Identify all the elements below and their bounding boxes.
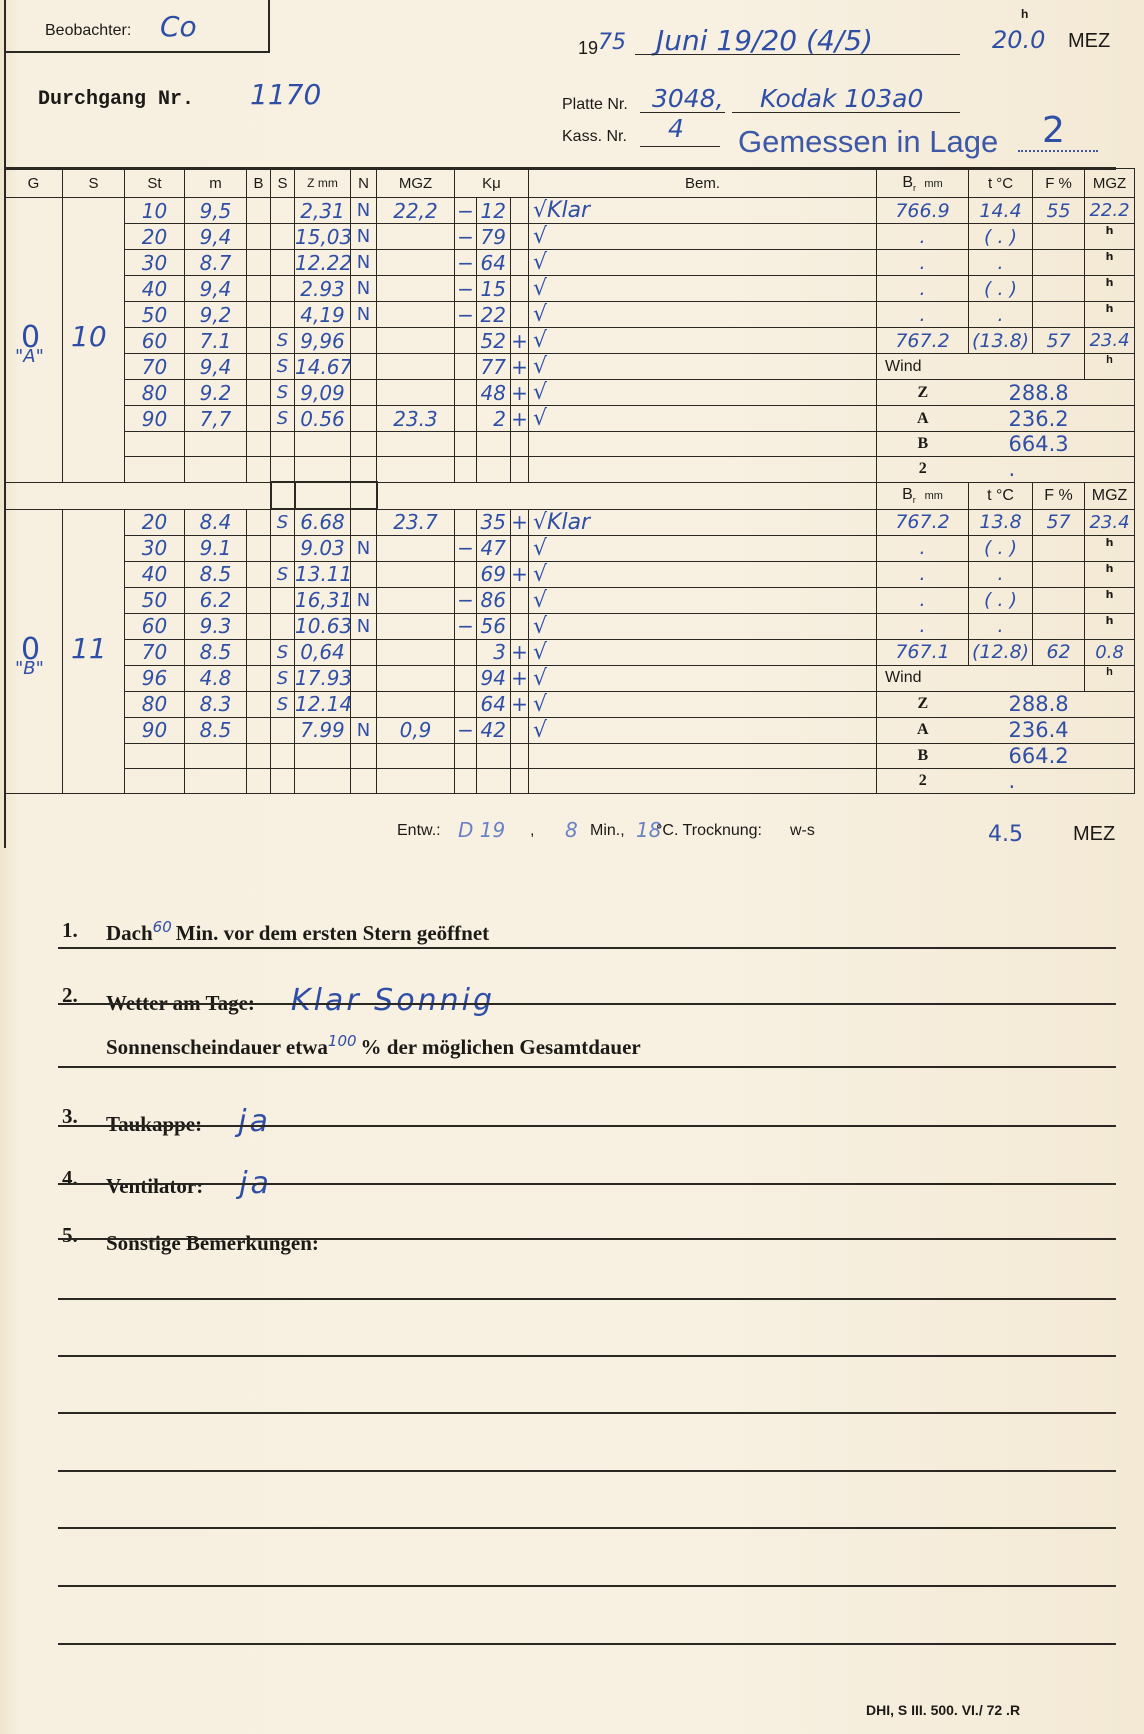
- k-value-cell[interactable]: [477, 432, 511, 457]
- n-cell[interactable]: [351, 457, 377, 483]
- mgz-cell[interactable]: [377, 250, 455, 276]
- remark-cell[interactable]: √: [529, 224, 877, 250]
- star-cell[interactable]: 80: [125, 691, 185, 717]
- temperature-cell[interactable]: .: [969, 250, 1033, 276]
- reading-value[interactable]: 236.4: [969, 717, 1135, 743]
- mgz-cell[interactable]: 23.7: [377, 509, 455, 535]
- k-sign-cell[interactable]: [455, 665, 477, 691]
- n-cell[interactable]: [351, 639, 377, 665]
- k-sign-cell[interactable]: [455, 457, 477, 483]
- remark-cell[interactable]: √: [529, 639, 877, 665]
- k-sign-cell[interactable]: [455, 509, 477, 535]
- k-plus-cell[interactable]: [511, 276, 529, 302]
- s-cell[interactable]: S: [271, 665, 295, 691]
- pressure-cell[interactable]: .: [877, 224, 969, 250]
- b-cell[interactable]: [247, 198, 271, 224]
- temperature-cell[interactable]: (12.8): [969, 639, 1033, 665]
- k-plus-cell[interactable]: +: [511, 691, 529, 717]
- mgz-cell[interactable]: [377, 768, 455, 793]
- s-cell[interactable]: S: [271, 691, 295, 717]
- k-plus-cell[interactable]: [511, 432, 529, 457]
- k-plus-cell[interactable]: [511, 535, 529, 561]
- mgz-cell[interactable]: [377, 691, 455, 717]
- z-cell[interactable]: 9.03: [295, 535, 351, 561]
- cassette-value[interactable]: 4: [668, 114, 684, 143]
- observer-value[interactable]: Co: [160, 10, 197, 43]
- k-value-cell[interactable]: 79: [477, 224, 511, 250]
- z-cell[interactable]: 0.56: [295, 406, 351, 432]
- reading-value[interactable]: .: [969, 457, 1135, 483]
- n-cell[interactable]: [351, 380, 377, 406]
- k-sign-cell[interactable]: [455, 768, 477, 793]
- k-sign-cell[interactable]: [455, 743, 477, 768]
- humidity-cell[interactable]: [1033, 302, 1085, 328]
- s-cell[interactable]: [271, 224, 295, 250]
- k-sign-cell[interactable]: −: [455, 224, 477, 250]
- magnitude-cell[interactable]: 8.5: [185, 561, 247, 587]
- k-value-cell[interactable]: 64: [477, 691, 511, 717]
- star-cell[interactable]: 80: [125, 380, 185, 406]
- n-cell[interactable]: [351, 743, 377, 768]
- b-cell[interactable]: [247, 302, 271, 328]
- k-value-cell[interactable]: 64: [477, 250, 511, 276]
- remark-cell[interactable]: √: [529, 613, 877, 639]
- temperature-cell[interactable]: .: [969, 561, 1033, 587]
- pressure-cell[interactable]: .: [877, 561, 969, 587]
- s-cell[interactable]: [271, 613, 295, 639]
- mgz-cell[interactable]: [377, 328, 455, 354]
- k-plus-cell[interactable]: [511, 613, 529, 639]
- group-sub[interactable]: "B": [15, 658, 44, 679]
- k-sign-cell[interactable]: [455, 691, 477, 717]
- mgz-cell[interactable]: [377, 665, 455, 691]
- mgz-time-cell[interactable]: 23.4: [1085, 328, 1135, 354]
- pressure-cell[interactable]: .: [877, 250, 969, 276]
- note-value[interactable]: Klar Sonnig: [291, 983, 495, 1018]
- n-cell[interactable]: [351, 354, 377, 380]
- pressure-cell[interactable]: .: [877, 613, 969, 639]
- magnitude-cell[interactable]: 9,2: [185, 302, 247, 328]
- mgz-time-cell[interactable]: h: [1085, 613, 1135, 639]
- k-value-cell[interactable]: 22: [477, 302, 511, 328]
- magnitude-cell[interactable]: [185, 457, 247, 483]
- remark-cell[interactable]: √: [529, 561, 877, 587]
- b-cell[interactable]: [247, 613, 271, 639]
- n-cell[interactable]: N: [351, 535, 377, 561]
- entw-value[interactable]: D 19: [458, 818, 505, 842]
- k-value-cell[interactable]: 69: [477, 561, 511, 587]
- z-cell[interactable]: 0,64: [295, 639, 351, 665]
- mgz-cell[interactable]: [377, 535, 455, 561]
- star-cell[interactable]: 20: [125, 224, 185, 250]
- b-cell[interactable]: [247, 665, 271, 691]
- reading-value[interactable]: 236.2: [969, 406, 1135, 432]
- n-cell[interactable]: N: [351, 250, 377, 276]
- star-cell[interactable]: 70: [125, 354, 185, 380]
- k-plus-cell[interactable]: [511, 250, 529, 276]
- s-cell[interactable]: S: [271, 380, 295, 406]
- n-cell[interactable]: [351, 665, 377, 691]
- z-cell[interactable]: 14.67: [295, 354, 351, 380]
- measured-stamp-value[interactable]: 2: [1042, 110, 1065, 151]
- end-time-value[interactable]: 4.5: [988, 822, 1023, 847]
- series-value[interactable]: 11: [71, 632, 107, 665]
- k-plus-cell[interactable]: [511, 717, 529, 743]
- remark-cell[interactable]: √: [529, 406, 877, 432]
- z-cell[interactable]: 9,09: [295, 380, 351, 406]
- star-cell[interactable]: 90: [125, 717, 185, 743]
- k-sign-cell[interactable]: [455, 561, 477, 587]
- remark-cell[interactable]: √Klar: [529, 198, 877, 224]
- mgz-time-cell[interactable]: 23.4: [1085, 509, 1135, 535]
- k-value-cell[interactable]: 86: [477, 587, 511, 613]
- humidity-cell[interactable]: [1033, 276, 1085, 302]
- minutes-value[interactable]: 8: [565, 818, 578, 842]
- humidity-cell[interactable]: 57: [1033, 509, 1085, 535]
- magnitude-cell[interactable]: [185, 432, 247, 457]
- star-cell[interactable]: 10: [125, 198, 185, 224]
- mgz-cell[interactable]: [377, 639, 455, 665]
- k-value-cell[interactable]: 42: [477, 717, 511, 743]
- k-value-cell[interactable]: [477, 743, 511, 768]
- z-cell[interactable]: [295, 432, 351, 457]
- star-cell[interactable]: [125, 432, 185, 457]
- remark-cell[interactable]: √: [529, 250, 877, 276]
- mgz-cell[interactable]: 0,9: [377, 717, 455, 743]
- k-plus-cell[interactable]: +: [511, 561, 529, 587]
- b-cell[interactable]: [247, 535, 271, 561]
- n-cell[interactable]: N: [351, 587, 377, 613]
- star-cell[interactable]: [125, 743, 185, 768]
- k-sign-cell[interactable]: [455, 380, 477, 406]
- s-cell[interactable]: [271, 717, 295, 743]
- mgz-cell[interactable]: [377, 224, 455, 250]
- z-cell[interactable]: 16,31: [295, 587, 351, 613]
- reading-value[interactable]: 664.2: [969, 743, 1135, 768]
- plate-value[interactable]: 3048,: [652, 84, 724, 113]
- humidity-cell[interactable]: [1033, 535, 1085, 561]
- n-cell[interactable]: N: [351, 198, 377, 224]
- remark-cell[interactable]: √: [529, 276, 877, 302]
- k-plus-cell[interactable]: [511, 768, 529, 793]
- b-cell[interactable]: [247, 457, 271, 483]
- k-value-cell[interactable]: 48: [477, 380, 511, 406]
- magnitude-cell[interactable]: 7.1: [185, 328, 247, 354]
- k-plus-cell[interactable]: [511, 587, 529, 613]
- z-cell[interactable]: 4,19: [295, 302, 351, 328]
- n-cell[interactable]: N: [351, 276, 377, 302]
- b-cell[interactable]: [247, 250, 271, 276]
- note-value[interactable]: ja: [238, 1104, 271, 1139]
- plate-type[interactable]: Kodak 103a0: [760, 84, 923, 113]
- z-cell[interactable]: 7.99: [295, 717, 351, 743]
- magnitude-cell[interactable]: 8.5: [185, 639, 247, 665]
- pressure-cell[interactable]: 767.2: [877, 509, 969, 535]
- k-value-cell[interactable]: 15: [477, 276, 511, 302]
- mgz-cell[interactable]: [377, 276, 455, 302]
- mgz-time-cell[interactable]: h: [1085, 276, 1135, 302]
- star-cell[interactable]: 96: [125, 665, 185, 691]
- temperature-cell[interactable]: .: [969, 302, 1033, 328]
- magnitude-cell[interactable]: 9,4: [185, 354, 247, 380]
- remark-cell[interactable]: [529, 743, 877, 768]
- k-value-cell[interactable]: [477, 768, 511, 793]
- time-value[interactable]: 20.0: [992, 26, 1045, 54]
- pressure-cell[interactable]: 767.1: [877, 639, 969, 665]
- mgz-time-cell[interactable]: 0.8: [1085, 639, 1135, 665]
- mgz-cell[interactable]: [377, 354, 455, 380]
- star-cell[interactable]: 90: [125, 406, 185, 432]
- magnitude-cell[interactable]: 9,5: [185, 198, 247, 224]
- star-cell[interactable]: 50: [125, 302, 185, 328]
- n-cell[interactable]: [351, 432, 377, 457]
- mgz-cell[interactable]: [377, 457, 455, 483]
- b-cell[interactable]: [247, 328, 271, 354]
- b-cell[interactable]: [247, 743, 271, 768]
- star-cell[interactable]: 70: [125, 639, 185, 665]
- z-cell[interactable]: 10.63: [295, 613, 351, 639]
- z-cell[interactable]: [295, 768, 351, 793]
- mgz-time-cell[interactable]: h: [1085, 250, 1135, 276]
- b-cell[interactable]: [247, 691, 271, 717]
- n-cell[interactable]: [351, 328, 377, 354]
- temperature-cell[interactable]: 14.4: [969, 198, 1033, 224]
- pressure-cell[interactable]: .: [877, 302, 969, 328]
- k-plus-cell[interactable]: +: [511, 665, 529, 691]
- magnitude-cell[interactable]: 8.4: [185, 509, 247, 535]
- drying-value[interactable]: w-s: [790, 822, 815, 840]
- k-value-cell[interactable]: 94: [477, 665, 511, 691]
- z-cell[interactable]: 2,31: [295, 198, 351, 224]
- b-cell[interactable]: [247, 509, 271, 535]
- temperature-cell[interactable]: 13.8: [969, 509, 1033, 535]
- mgz-cell[interactable]: 22,2: [377, 198, 455, 224]
- s-cell[interactable]: S: [271, 639, 295, 665]
- mgz-time-cell[interactable]: h: [1085, 302, 1135, 328]
- star-cell[interactable]: [125, 457, 185, 483]
- mgz-cell[interactable]: [377, 743, 455, 768]
- k-sign-cell[interactable]: −: [455, 302, 477, 328]
- reading-value[interactable]: 288.8: [969, 691, 1135, 717]
- mgz-cell[interactable]: [377, 380, 455, 406]
- s-cell[interactable]: S: [271, 561, 295, 587]
- k-sign-cell[interactable]: [455, 639, 477, 665]
- remark-cell[interactable]: √: [529, 691, 877, 717]
- magnitude-cell[interactable]: 9.2: [185, 380, 247, 406]
- n-cell[interactable]: N: [351, 717, 377, 743]
- s-cell[interactable]: [271, 198, 295, 224]
- star-cell[interactable]: [125, 768, 185, 793]
- temperature-cell[interactable]: ( . ): [969, 276, 1033, 302]
- k-plus-cell[interactable]: [511, 743, 529, 768]
- z-cell[interactable]: 2.93: [295, 276, 351, 302]
- star-cell[interactable]: 20: [125, 509, 185, 535]
- z-cell[interactable]: 12.14: [295, 691, 351, 717]
- n-cell[interactable]: [351, 561, 377, 587]
- s-cell[interactable]: [271, 250, 295, 276]
- k-plus-cell[interactable]: +: [511, 380, 529, 406]
- z-cell[interactable]: 17.93: [295, 665, 351, 691]
- b-cell[interactable]: [247, 587, 271, 613]
- group-sub[interactable]: "A": [15, 346, 44, 367]
- k-value-cell[interactable]: 2: [477, 406, 511, 432]
- temperature-cell[interactable]: ( . ): [969, 587, 1033, 613]
- k-value-cell[interactable]: [477, 457, 511, 483]
- s-cell[interactable]: [271, 743, 295, 768]
- reading-value[interactable]: 664.3: [969, 432, 1135, 457]
- n-cell[interactable]: [351, 768, 377, 793]
- k-value-cell[interactable]: 56: [477, 613, 511, 639]
- n-cell[interactable]: [351, 691, 377, 717]
- magnitude-cell[interactable]: 7,7: [185, 406, 247, 432]
- reading-value[interactable]: 288.8: [969, 380, 1135, 406]
- n-cell[interactable]: N: [351, 224, 377, 250]
- humidity-cell[interactable]: [1033, 224, 1085, 250]
- note-value[interactable]: 60: [153, 918, 172, 936]
- mgz-time-cell[interactable]: h: [1085, 587, 1135, 613]
- n-cell[interactable]: N: [351, 613, 377, 639]
- temperature-cell[interactable]: (13.8): [969, 328, 1033, 354]
- magnitude-cell[interactable]: 8.7: [185, 250, 247, 276]
- k-sign-cell[interactable]: −: [455, 276, 477, 302]
- k-plus-cell[interactable]: +: [511, 639, 529, 665]
- star-cell[interactable]: 40: [125, 561, 185, 587]
- mgz-cell[interactable]: [377, 302, 455, 328]
- k-sign-cell[interactable]: −: [455, 198, 477, 224]
- mgz-time-cell[interactable]: h: [1085, 535, 1135, 561]
- s-cell[interactable]: [271, 276, 295, 302]
- k-value-cell[interactable]: 3: [477, 639, 511, 665]
- k-sign-cell[interactable]: −: [455, 250, 477, 276]
- magnitude-cell[interactable]: [185, 768, 247, 793]
- magnitude-cell[interactable]: 9.1: [185, 535, 247, 561]
- k-plus-cell[interactable]: [511, 457, 529, 483]
- star-cell[interactable]: 50: [125, 587, 185, 613]
- remark-cell[interactable]: √: [529, 380, 877, 406]
- k-sign-cell[interactable]: [455, 406, 477, 432]
- k-plus-cell[interactable]: [511, 302, 529, 328]
- b-cell[interactable]: [247, 276, 271, 302]
- b-cell[interactable]: [247, 224, 271, 250]
- humidity-cell[interactable]: [1033, 587, 1085, 613]
- mgz-cell[interactable]: [377, 613, 455, 639]
- remark-cell[interactable]: [529, 457, 877, 483]
- s-cell[interactable]: [271, 432, 295, 457]
- remark-cell[interactable]: √Klar: [529, 509, 877, 535]
- temperature-cell[interactable]: ( . ): [969, 535, 1033, 561]
- b-cell[interactable]: [247, 717, 271, 743]
- b-cell[interactable]: [247, 406, 271, 432]
- n-cell[interactable]: [351, 406, 377, 432]
- s-cell[interactable]: [271, 587, 295, 613]
- pressure-cell[interactable]: 766.9: [877, 198, 969, 224]
- magnitude-cell[interactable]: 9,4: [185, 276, 247, 302]
- k-sign-cell[interactable]: [455, 354, 477, 380]
- star-cell[interactable]: 30: [125, 535, 185, 561]
- k-plus-cell[interactable]: +: [511, 509, 529, 535]
- k-value-cell[interactable]: 47: [477, 535, 511, 561]
- remark-cell[interactable]: √: [529, 354, 877, 380]
- s-cell[interactable]: S: [271, 406, 295, 432]
- k-sign-cell[interactable]: [455, 432, 477, 457]
- remark-cell[interactable]: √: [529, 328, 877, 354]
- mgz-cell[interactable]: [377, 561, 455, 587]
- mgz-cell[interactable]: [377, 587, 455, 613]
- mgz-time-cell[interactable]: 22.2: [1085, 198, 1135, 224]
- s-cell[interactable]: [271, 457, 295, 483]
- reading-value[interactable]: .: [969, 768, 1135, 793]
- b-cell[interactable]: [247, 639, 271, 665]
- k-value-cell[interactable]: 12: [477, 198, 511, 224]
- date-value[interactable]: Juni 19/20 (4/5): [656, 24, 873, 57]
- pressure-cell[interactable]: 767.2: [877, 328, 969, 354]
- star-cell[interactable]: 60: [125, 328, 185, 354]
- mgz-cell[interactable]: [377, 432, 455, 457]
- z-cell[interactable]: 9,96: [295, 328, 351, 354]
- k-value-cell[interactable]: 77: [477, 354, 511, 380]
- s-cell[interactable]: S: [271, 509, 295, 535]
- humidity-cell[interactable]: [1033, 613, 1085, 639]
- humidity-cell[interactable]: 55: [1033, 198, 1085, 224]
- b-cell[interactable]: [247, 354, 271, 380]
- b-cell[interactable]: [247, 768, 271, 793]
- magnitude-cell[interactable]: 9.3: [185, 613, 247, 639]
- remark-cell[interactable]: √: [529, 665, 877, 691]
- star-cell[interactable]: 30: [125, 250, 185, 276]
- remark-cell[interactable]: √: [529, 535, 877, 561]
- mgz-cell[interactable]: 23.3: [377, 406, 455, 432]
- mgz-time-cell[interactable]: h: [1085, 561, 1135, 587]
- remark-cell[interactable]: √: [529, 302, 877, 328]
- pressure-cell[interactable]: .: [877, 276, 969, 302]
- b-cell[interactable]: [247, 432, 271, 457]
- humidity-cell[interactable]: 62: [1033, 639, 1085, 665]
- k-sign-cell[interactable]: −: [455, 587, 477, 613]
- pressure-cell[interactable]: .: [877, 535, 969, 561]
- n-cell[interactable]: N: [351, 302, 377, 328]
- k-sign-cell[interactable]: −: [455, 717, 477, 743]
- k-sign-cell[interactable]: [455, 328, 477, 354]
- s-cell[interactable]: [271, 535, 295, 561]
- star-cell[interactable]: 40: [125, 276, 185, 302]
- humidity-cell[interactable]: 57: [1033, 328, 1085, 354]
- s-cell[interactable]: S: [271, 328, 295, 354]
- humidity-cell[interactable]: [1033, 561, 1085, 587]
- mgz-time-cell[interactable]: h: [1085, 224, 1135, 250]
- note-value[interactable]: 100: [328, 1032, 357, 1050]
- s-cell[interactable]: [271, 302, 295, 328]
- z-cell[interactable]: [295, 457, 351, 483]
- magnitude-cell[interactable]: 8.5: [185, 717, 247, 743]
- magnitude-cell[interactable]: 9,4: [185, 224, 247, 250]
- k-value-cell[interactable]: 35: [477, 509, 511, 535]
- magnitude-cell[interactable]: 4.8: [185, 665, 247, 691]
- s-cell[interactable]: [271, 768, 295, 793]
- z-cell[interactable]: 6.68: [295, 509, 351, 535]
- k-plus-cell[interactable]: [511, 198, 529, 224]
- b-cell[interactable]: [247, 380, 271, 406]
- k-plus-cell[interactable]: +: [511, 328, 529, 354]
- z-cell[interactable]: [295, 743, 351, 768]
- magnitude-cell[interactable]: [185, 743, 247, 768]
- k-sign-cell[interactable]: −: [455, 613, 477, 639]
- z-cell[interactable]: 12.22: [295, 250, 351, 276]
- star-cell[interactable]: 60: [125, 613, 185, 639]
- humidity-cell[interactable]: [1033, 250, 1085, 276]
- year-suffix[interactable]: 75: [598, 30, 626, 55]
- z-cell[interactable]: 15,03: [295, 224, 351, 250]
- n-cell[interactable]: [351, 509, 377, 535]
